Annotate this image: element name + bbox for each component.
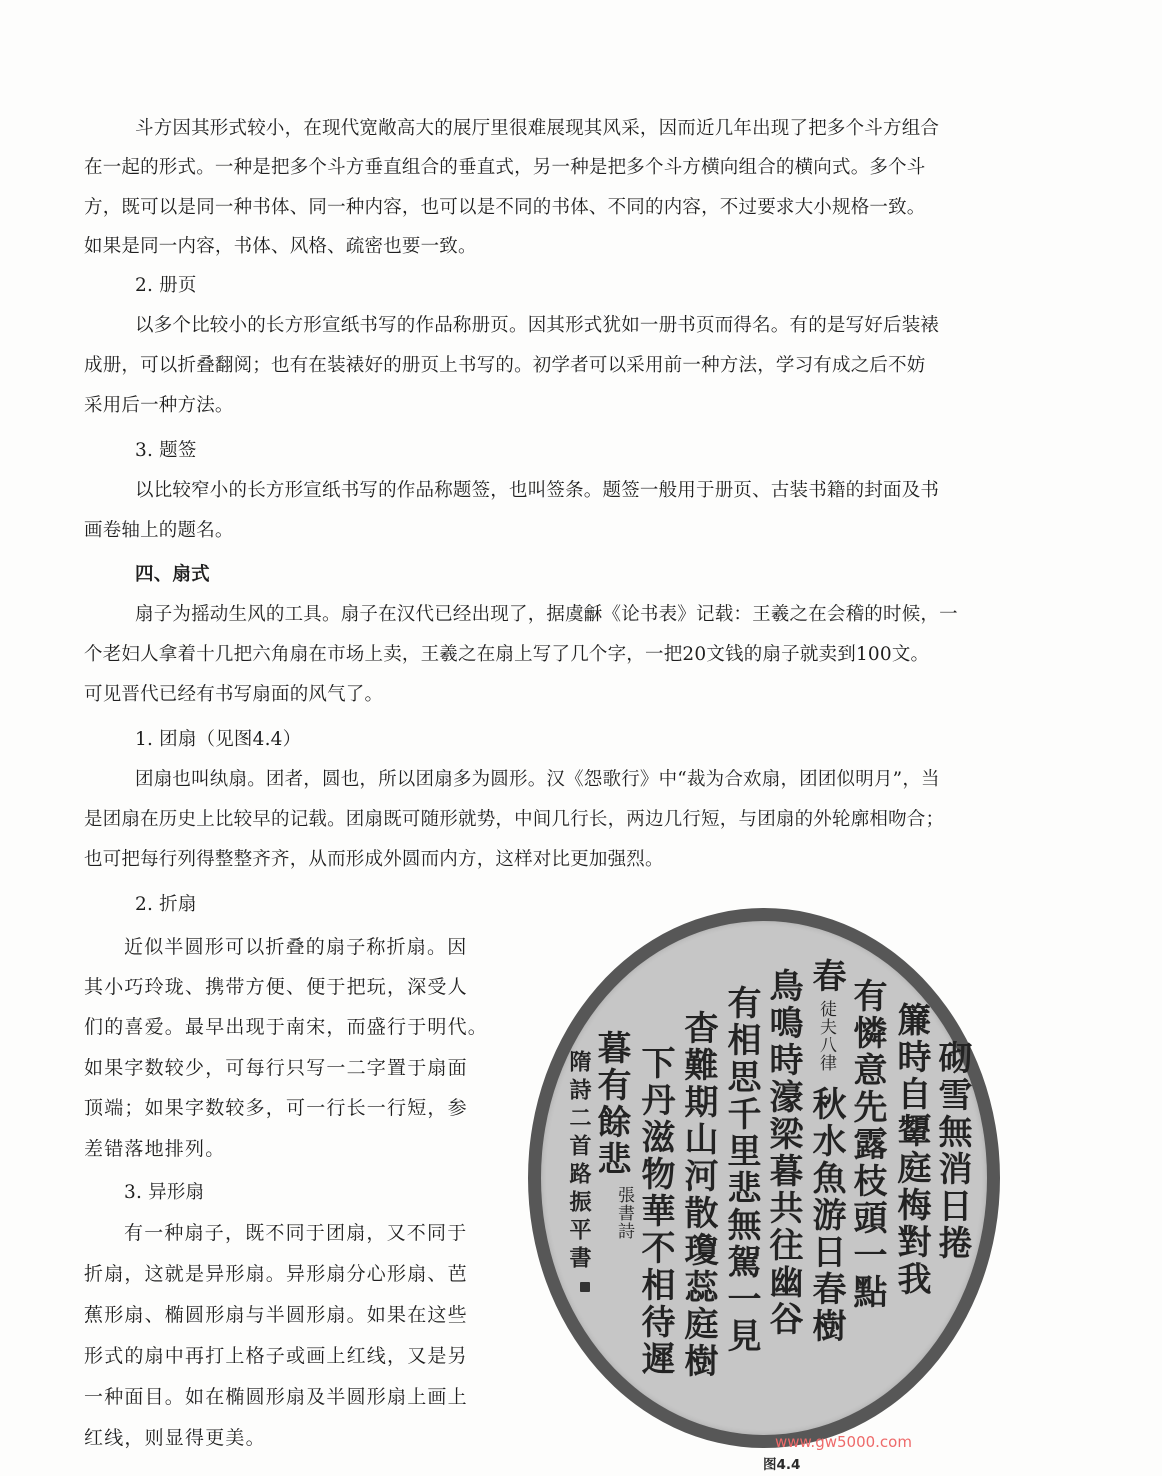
paragraph-zheshan-line: 们的喜爱。最早出现于南宋，而盛行于明代。 — [84, 1014, 488, 1040]
paragraph-yixingshan-line: 红线，则显得更美。 — [84, 1425, 266, 1451]
calligraphy-column: 杳難期山河散瓊蕊庭樹 — [676, 1010, 720, 1380]
calligraphy-column: 鳥鳴時濠梁暮共往幽谷 — [761, 968, 805, 1338]
paragraph-zheshan-line: 近似半圆形可以折叠的扇子称折扇。因 — [124, 934, 467, 960]
calligraphy-column: 有相思千里悲無駕一見 — [719, 985, 763, 1355]
paragraph-zheshan-line: 差错落地排列。 — [84, 1136, 225, 1162]
paragraph-zheshan-line: 如果字数较少，可每行只写一二字置于扇面 — [84, 1055, 468, 1081]
paragraph-shanshi-line: 可见晋代已经有书写扇面的风气了。 — [84, 682, 383, 708]
paragraph-zheshan-line: 其小巧玲珑、携带方便、便于把玩，深受人 — [84, 974, 468, 1000]
seal-stamp-icon — [580, 1282, 590, 1292]
paragraph-doufang-line: 在一起的形式。一种是把多个斗方垂直组合的垂直式，另一种是把多个斗方横向组合的横向… — [84, 155, 926, 181]
paragraph-cheye-line: 采用后一种方法。 — [84, 393, 234, 419]
watermark: www.gw5000.com — [775, 1433, 912, 1451]
paragraph-tuanshan-line: 团扇也叫纨扇。团者，圆也，所以团扇多为圆形。汉《怨歌行》中“裁为合欢扇，团团似明… — [135, 767, 940, 793]
paragraph-tiqian-line: 以比较窄小的长方形宣纸书写的作品称题签，也叫签条。题签一般用于册页、古装书籍的封… — [135, 478, 939, 504]
heading-tuanshan: 1. 团扇（见图4.4） — [135, 727, 301, 753]
calligraphy-column: 砌雪無消日捲 — [930, 1040, 974, 1262]
paragraph-yixingshan-line: 形式的扇中再打上格子或画上红线，又是另 — [84, 1343, 468, 1369]
figure-caption: 图4.4 — [763, 1453, 800, 1473]
paragraph-yixingshan-line: 一种面目。如在椭圆形扇及半圆形扇上画上 — [84, 1384, 468, 1410]
calligraphy-column: 秋水魚游日春樹 — [804, 1086, 848, 1345]
calligraphy-small-note: 張書詩 — [614, 1186, 634, 1240]
paragraph-doufang-line: 方，既可以是同一种书体、同一种内容，也可以是不同的书体、不同的内容，不过要求大小… — [84, 195, 926, 221]
calligraphy-signature: 隋詩二首路振平書 — [566, 1050, 592, 1274]
calligraphy-column: 暮有餘悲 — [589, 1030, 633, 1178]
paragraph-tiqian-line: 画卷轴上的题名。 — [84, 518, 234, 544]
paragraph-yixingshan-line: 蕉形扇、椭圆形扇与半圆形扇。如果在这些 — [84, 1302, 468, 1328]
section-heading-shanshi: 四、扇式 — [135, 562, 210, 588]
calligraphy-column: 春 — [804, 958, 848, 995]
book-page: 斗方因其形式较小，在现代宽敞高大的展厅里很难展现其风采，因而近几年出现了把多个斗… — [0, 0, 1162, 1476]
calligraphy-column: 簾時自顰庭梅對我 — [889, 1002, 933, 1298]
paragraph-tuanshan-line: 也可把每行列得整整齐齐，从而形成外圆而内方，这样对比更加强烈。 — [84, 847, 664, 873]
calligraphy-column: 下丹滋物華不相待遲 — [633, 1045, 677, 1378]
paragraph-cheye-line: 成册，可以折叠翻阅；也有在装裱好的册页上书写的。初学者可以采用前一种方法，学习有… — [84, 353, 926, 379]
paragraph-doufang-line: 如果是同一内容，书体、风格、疏密也要一致。 — [84, 234, 477, 260]
paragraph-tuanshan-line: 是团扇在历史上比较早的记载。团扇既可随形就势，中间几行长，两边几行短，与团扇的外… — [84, 807, 944, 833]
paragraph-cheye-line: 以多个比较小的长方形宣纸书写的作品称册页。因其形式犹如一册书页而得名。有的是写好… — [135, 313, 939, 339]
paragraph-yixingshan-line: 有一种扇子，既不同于团扇，又不同于 — [124, 1220, 467, 1246]
paragraph-doufang-line: 斗方因其形式较小，在现代宽敞高大的展厅里很难展现其风采，因而近几年出现了把多个斗… — [135, 116, 939, 142]
heading-yixingshan: 3. 异形扇 — [124, 1180, 204, 1206]
calligraphy-column: 有憐意先露枝頭一點 — [845, 978, 889, 1311]
paragraph-shanshi-line: 个老妇人拿着十几把六角扇在市场上卖，王羲之在扇上写了几个字，一把20文钱的扇子就… — [84, 642, 929, 668]
paragraph-zheshan-line: 顶端；如果字数较多，可一行长一行短，参 — [84, 1095, 468, 1121]
calligraphy-small-note: 徒夫八律 — [816, 1000, 836, 1072]
paragraph-yixingshan-line: 折扇，这就是异形扇。异形扇分心形扇、芭 — [84, 1261, 468, 1287]
heading-cheye: 2. 册页 — [135, 273, 197, 299]
paragraph-shanshi-line: 扇子为摇动生风的工具。扇子在汉代已经出现了，据虞龢《论书表》记载：王羲之在会稽的… — [135, 602, 958, 628]
heading-tiqian: 3. 题签 — [135, 438, 197, 464]
heading-zheshan: 2. 折扇 — [135, 892, 197, 918]
